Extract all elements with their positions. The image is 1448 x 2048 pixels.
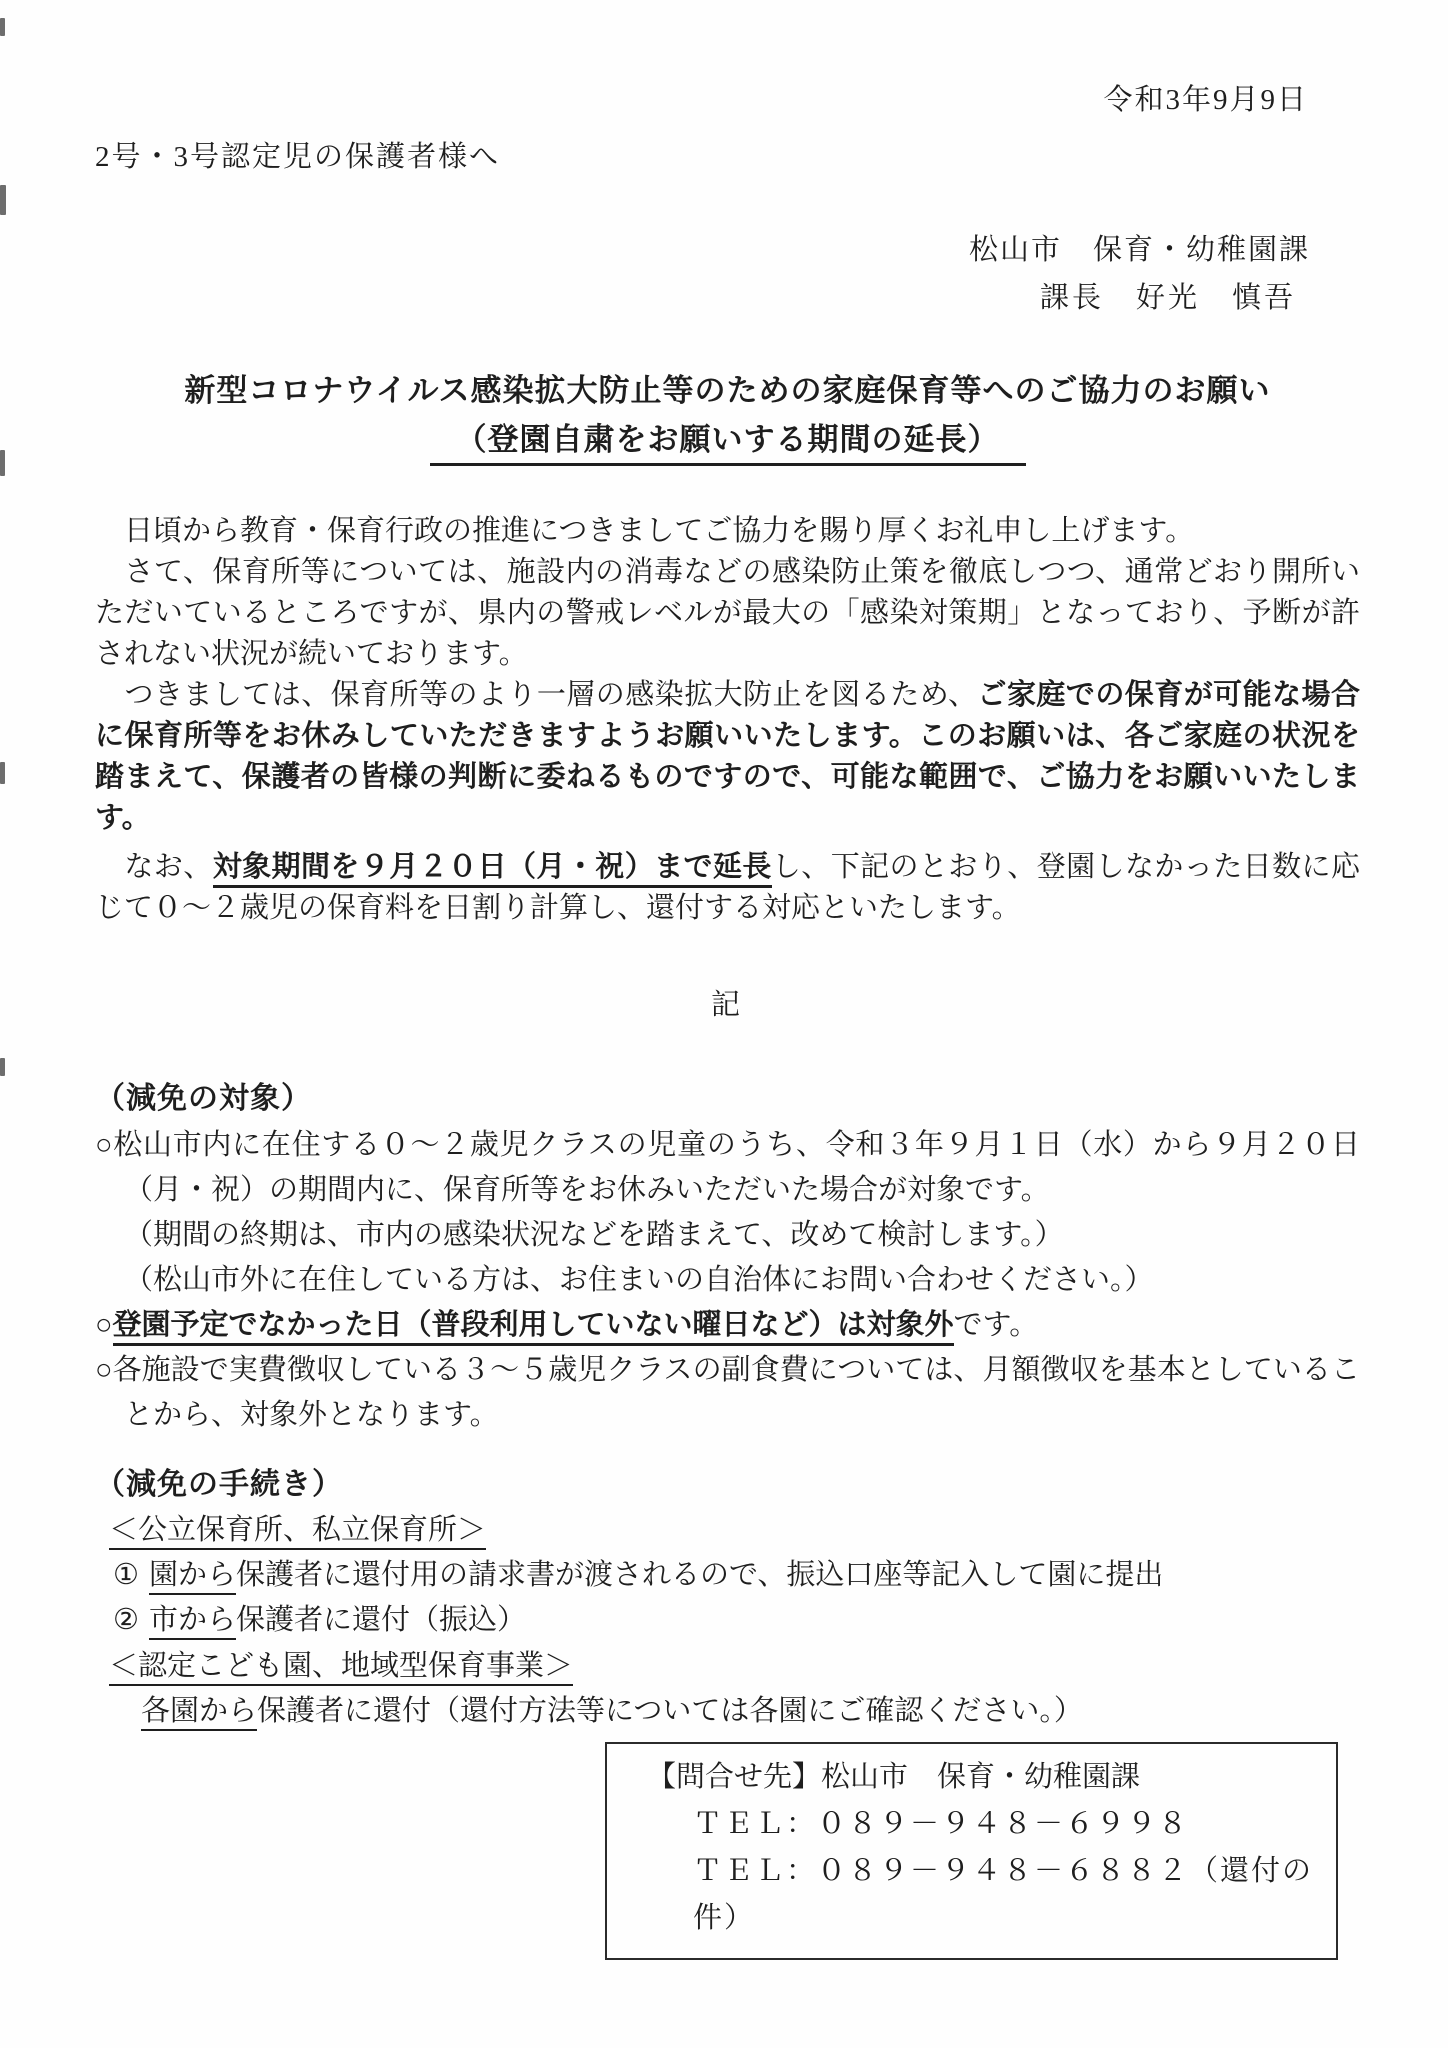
contact-tel-refund: ＴＥＬ：０８９－９４８－６８８２（還付の件） <box>647 1848 1326 1942</box>
document-subtitle: （登園自粛をお願いする期間の延長） <box>430 422 1026 466</box>
procedure-block: ＜公立保育所、私立保育所＞ ①園から保護者に還付用の請求書が渡されるので、振込口… <box>95 1508 1360 1734</box>
step-underlined: 市から <box>149 1604 236 1640</box>
scan-artifact <box>0 450 5 476</box>
procedure-step-1: ①園から保護者に還付用の請求書が渡されるので、振込口座等記入して園に提出 <box>95 1553 1360 1598</box>
scan-artifact <box>0 18 5 36</box>
sender-block: 松山市 保育・幼稚園課 課長 好光 慎吾 <box>95 226 1360 322</box>
paragraph-request: つきましては、保育所等のより一層の感染拡大防止を図るため、ご家庭での保育が可能な… <box>95 675 1360 839</box>
ki-marker: 記 <box>95 985 1360 1026</box>
item-text-suffix: です。 <box>954 1309 1039 1341</box>
document-page: 令和3年9月9日 2号・3号認定児の保護者様へ 松山市 保育・幼稚園課 課長 好… <box>0 0 1448 2048</box>
contact-box: 【問合せ先】松山市 保育・幼稚園課 ＴＥＬ：０８９－９４８－６９９８ ＴＥＬ：０… <box>605 1742 1338 1960</box>
procedure-step-kodomoen: 各園から保護者に還付（還付方法等については各園にご確認ください。） <box>95 1689 1360 1734</box>
not-scheduled-emphasis: 登園予定でなかった日（普段利用していない曜日など）は対象外 <box>113 1309 954 1346</box>
extension-period-emphasis: 対象期間を９月２０日（月・祝）まで延長 <box>213 851 772 888</box>
note-outside-city: （松山市外に在住している方は、お住まいの自治体にお問い合わせください。） <box>95 1258 1360 1303</box>
procedure-group-label: ＜認定こども園、地域型保育事業＞ <box>109 1650 573 1686</box>
list-item-eligible-children: ○松山市内に在住する０～２歳児クラスの児童のうち、令和３年９月１日（水）から９月… <box>95 1123 1360 1213</box>
note-period-review: （期間の終期は、市内の感染状況などを踏まえて、改めて検討します。） <box>95 1213 1360 1258</box>
exemption-target-list: ○松山市内に在住する０～２歳児クラスの児童のうち、令和３年９月１日（水）から９月… <box>95 1123 1360 1438</box>
paragraph-request-lead: つきましては、保育所等のより一層の感染拡大防止を図るため、 <box>95 679 978 711</box>
scan-artifact <box>0 185 6 215</box>
item-marker: ○ <box>95 1354 113 1386</box>
scan-artifact <box>0 762 5 784</box>
sender-organization: 松山市 保育・幼稚園課 <box>95 226 1360 274</box>
list-item-not-scheduled-days: ○登園予定でなかった日（普段利用していない曜日など）は対象外です。 <box>95 1303 1360 1348</box>
item-text: 松山市内に在住する０～２歳児クラスの児童のうち、令和３年９月１日（水）から９月２… <box>113 1129 1360 1206</box>
procedure-group-kodomoen: ＜認定こども園、地域型保育事業＞ <box>95 1644 1360 1689</box>
step-underlined: 各園から <box>141 1695 257 1731</box>
document-title: 新型コロナウイルス感染拡大防止等のための家庭保育等へのご協力のお願い <box>95 368 1360 414</box>
item-text: 各施設で実費徴収している３～５歳児クラスの副食費については、月額徴収を基本として… <box>113 1354 1360 1431</box>
item-marker: ○ <box>95 1309 113 1341</box>
paragraph-situation: さて、保育所等については、施設内の消毒などの感染防止策を徹底しつつ、通常どおり開… <box>95 552 1360 675</box>
document-subtitle-row: （登園自粛をお願いする期間の延長） <box>95 414 1360 467</box>
step-text: 保護者に還付（振込） <box>236 1604 526 1636</box>
procedure-step-2: ②市から保護者に還付（振込） <box>95 1598 1360 1643</box>
title-block: 新型コロナウイルス感染拡大防止等のための家庭保育等へのご協力のお願い （登園自粛… <box>95 368 1360 467</box>
procedure-group-label: ＜公立保育所、私立保育所＞ <box>109 1514 486 1550</box>
step-number: ① <box>113 1559 139 1591</box>
paragraph-extension: なお、対象期間を９月２０日（月・祝）まで延長し、下記のとおり、登園しなかった日数… <box>95 847 1360 929</box>
list-item-meal-fee: ○各施設で実費徴収している３～５歳児クラスの副食費については、月額徴収を基本とし… <box>95 1348 1360 1438</box>
step-text: 保護者に還付用の請求書が渡されるので、振込口座等記入して園に提出 <box>236 1559 1163 1591</box>
sender-person: 課長 好光 慎吾 <box>95 274 1360 322</box>
item-marker: ○ <box>95 1129 113 1161</box>
scan-artifact <box>0 1058 5 1076</box>
paragraph-greeting: 日頃から教育・保育行政の推進につきましてご協力を賜り厚くお礼申し上げます。 <box>95 511 1360 552</box>
document-date: 令和3年9月9日 <box>95 80 1360 121</box>
step-number: ② <box>113 1604 139 1636</box>
contact-office-line: 【問合せ先】松山市 保育・幼稚園課 <box>647 1754 1326 1801</box>
addressee-line: 2号・3号認定児の保護者様へ <box>95 137 1360 178</box>
body-text: 日頃から教育・保育行政の推進につきましてご協力を賜り厚くお礼申し上げます。 さて… <box>95 511 1360 929</box>
step-text: 保護者に還付（還付方法等については各園にご確認ください。） <box>257 1695 1083 1727</box>
section-heading-exemption-procedure: （減免の手続き） <box>95 1462 1360 1507</box>
paragraph-extension-lead: なお、 <box>95 851 213 883</box>
contact-tel-main: ＴＥＬ：０８９－９４８－６９９８ <box>647 1801 1326 1848</box>
step-underlined: 園から <box>149 1559 236 1595</box>
section-heading-exemption-target: （減免の対象） <box>95 1076 1360 1121</box>
procedure-group-public-private: ＜公立保育所、私立保育所＞ <box>95 1508 1360 1553</box>
